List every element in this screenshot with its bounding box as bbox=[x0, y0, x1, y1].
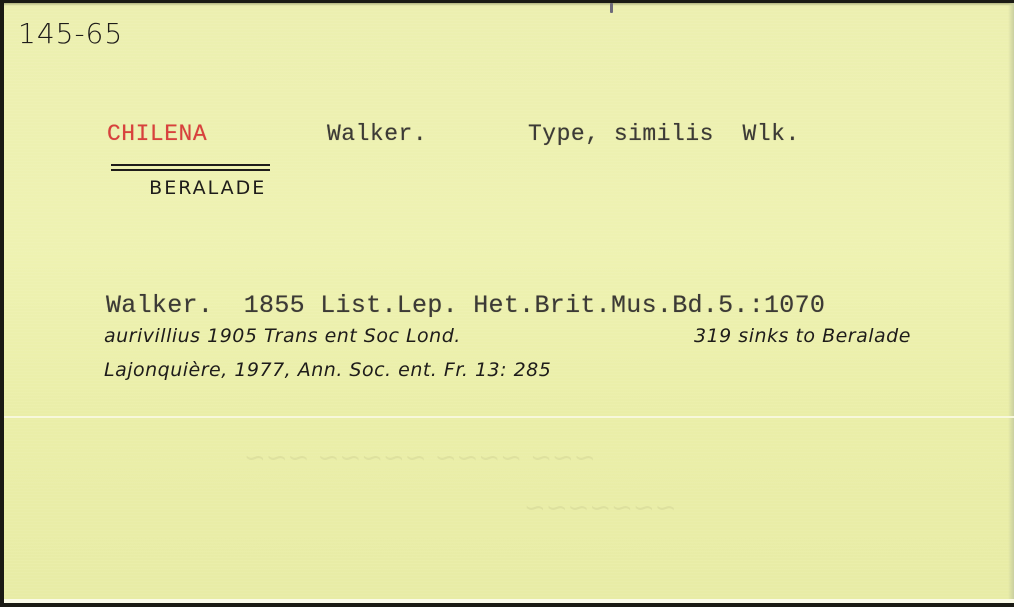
strikethrough-line bbox=[111, 164, 270, 166]
genus-name: CHILENA bbox=[107, 121, 207, 147]
catalog-number: 145-65 bbox=[18, 17, 123, 50]
handwritten-note-aurivillius: aurivillius 1905 Trans ent Soc Lond. bbox=[104, 325, 461, 347]
index-card: 145-65 CHILENA Walker. Type, similis Wlk… bbox=[4, 3, 1014, 603]
card-right-edge bbox=[1008, 3, 1014, 603]
type-species-note: Type, similis Wlk. bbox=[528, 121, 800, 147]
typed-reference: Walker. 1855 List.Lep. Het.Brit.Mus.Bd.5… bbox=[106, 291, 825, 320]
bleed-through-ink: ~~~~~~~ bbox=[524, 493, 677, 523]
struck-synonym: BERALADE bbox=[117, 155, 266, 265]
handwritten-note-synonymy: 319 sinks to Beralade bbox=[694, 325, 911, 347]
bleed-through-ink: ~~~ ~~~~ ~~~~~ ~~~ bbox=[244, 443, 596, 473]
card-bottom-edge bbox=[4, 599, 1014, 603]
punch-mark bbox=[610, 3, 613, 13]
strikethrough-line bbox=[111, 169, 270, 171]
card-crease bbox=[4, 416, 1014, 418]
handwritten-note-lajonquiere: Lajonquière, 1977, Ann. Soc. ent. Fr. 13… bbox=[104, 359, 551, 381]
card-top-shadow bbox=[4, 3, 1014, 6]
genus-author: Walker. bbox=[327, 121, 427, 147]
struck-synonym-text: BERALADE bbox=[149, 177, 266, 199]
